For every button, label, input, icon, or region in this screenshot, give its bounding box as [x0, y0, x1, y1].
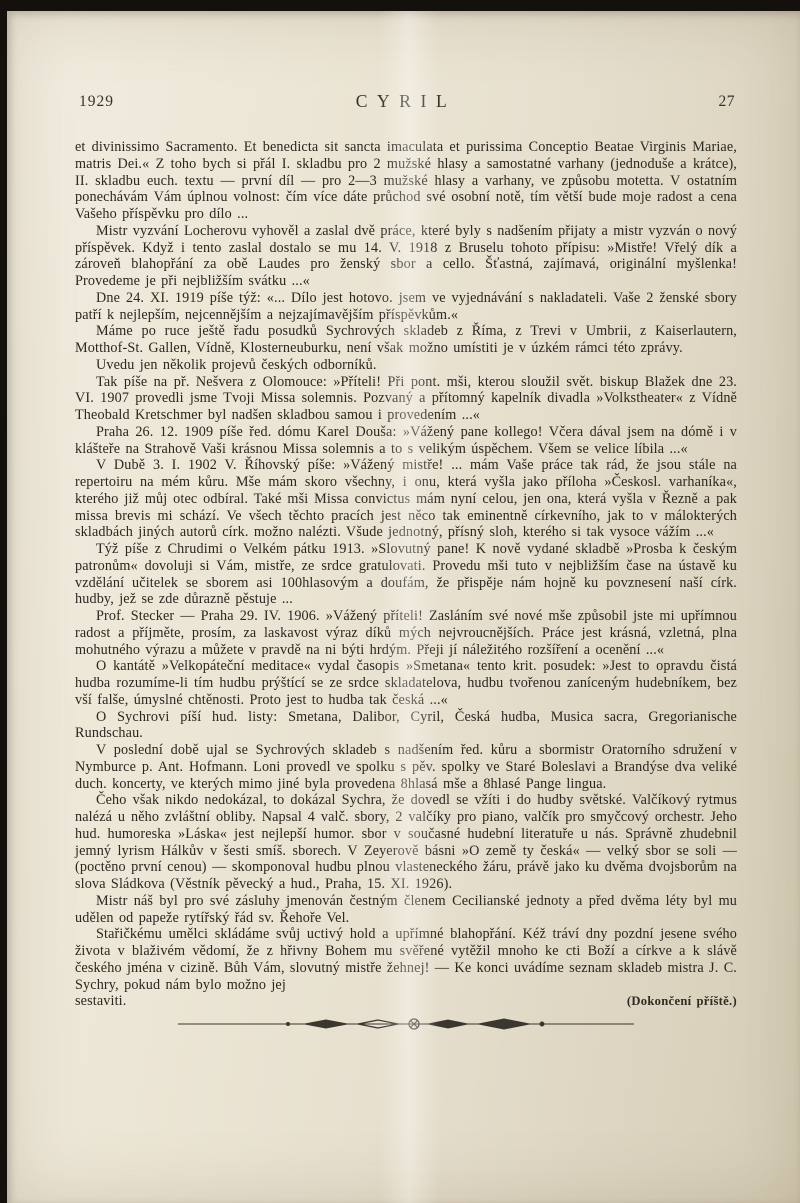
header-year: 1929	[79, 93, 114, 111]
article-paragraph: Čeho však nikdo nedokázal, to dokázal Sy…	[75, 792, 737, 893]
closing-line: sestaviti. (Dokončení příště.)	[75, 993, 737, 1010]
article-paragraph: Máme po ruce ještě řadu posudků Sychrový…	[75, 323, 737, 357]
article-paragraph: Prof. Stecker — Praha 29. IV. 1906. »Váž…	[75, 608, 737, 658]
page-content: 1929 CYRIL 27 et divinissimo Sacramento.…	[7, 11, 800, 1038]
article-paragraph: Mistr náš byl pro své zásluhy jmenován č…	[75, 893, 737, 927]
journal-title: CYRIL	[356, 91, 457, 112]
article-paragraph: O kantátě »Velkopáteční meditace« vydal …	[75, 658, 737, 708]
article-paragraph: Mistr vyzvání Locherovu vyhověl a zaslal…	[75, 223, 737, 290]
article-paragraph: Uvedu jen několik projevů českých odborn…	[75, 357, 737, 374]
page-header: 1929 CYRIL 27	[75, 91, 737, 115]
article-paragraph: V Dubě 3. I. 1902 V. Říhovský píše: »Váž…	[75, 457, 737, 541]
article-paragraph: Stařičkému umělci skládáme svůj uctivý h…	[75, 926, 737, 993]
continuation-note: (Dokončení příště.)	[627, 993, 737, 1010]
article-paragraph: Tak píše na př. Nešvera z Olomouce: »Pří…	[75, 374, 737, 424]
article-paragraph: Týž píše z Chrudimi o Velkém pátku 1913.…	[75, 541, 737, 608]
article-paragraph: V poslední době ujal se Sychrových sklad…	[75, 742, 737, 792]
article-paragraph: Dne 24. XI. 1919 píše týž: «... Dílo jes…	[75, 290, 737, 324]
closing-word: sestaviti.	[75, 993, 126, 1010]
article-paragraph: Praha 26. 12. 1909 píše řed. dómu Karel …	[75, 424, 737, 458]
page-number: 27	[719, 93, 736, 111]
ornamental-divider-icon	[176, 1015, 636, 1038]
article-body: et divinissimo Sacramento. Et benedicta …	[75, 139, 737, 1038]
paper-sheet: 1929 CYRIL 27 et divinissimo Sacramento.…	[7, 11, 800, 1203]
scanned-page: 1929 CYRIL 27 et divinissimo Sacramento.…	[0, 0, 800, 1203]
article-paragraph: et divinissimo Sacramento. Et benedicta …	[75, 139, 737, 223]
article-paragraph: O Sychrovi píší hud. listy: Smetana, Dal…	[75, 709, 737, 743]
